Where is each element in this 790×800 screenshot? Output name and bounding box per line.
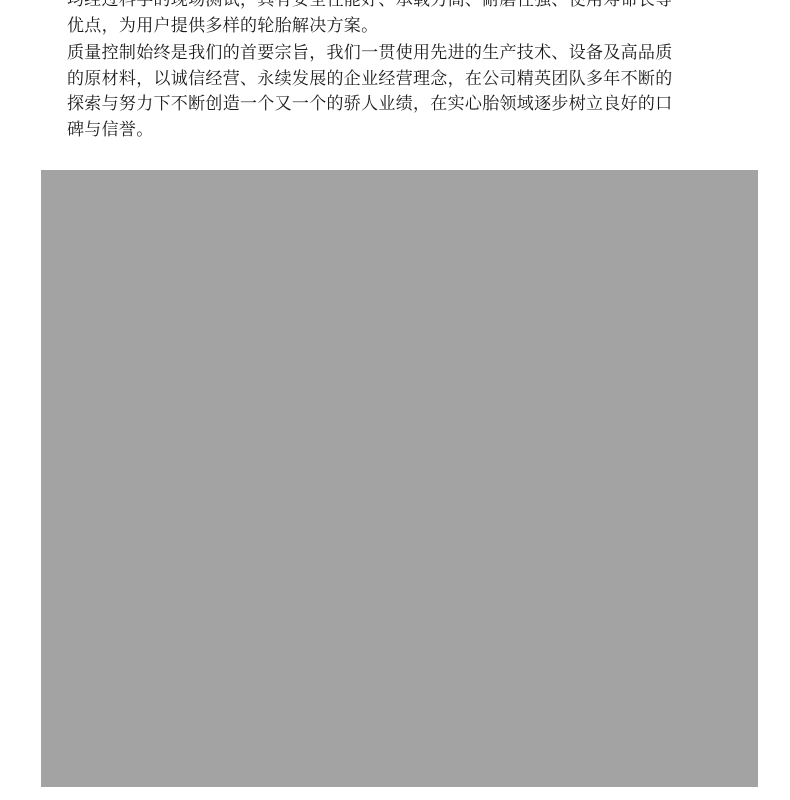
paragraph-line: 碑与信誉。: [67, 118, 727, 144]
paragraph-line: 均经过科学的现场测试，具有安全性能好、承载力高、耐磨性强、使用寿命长等: [67, 0, 727, 14]
intro-paragraph: 均经过科学的现场测试，具有安全性能好、承载力高、耐磨性强、使用寿命长等 优点，为…: [67, 0, 727, 39]
paragraph-line: 质量控制始终是我们的首要宗旨，我们一贯使用先进的生产技术、设备及高品质: [67, 41, 727, 67]
paragraph-line: 的原材料，以诚信经营、永续发展的企业经营理念，在公司精英团队多年不断的: [67, 67, 727, 93]
product-image-placeholder: [41, 170, 758, 787]
paragraph-line: 优点，为用户提供多样的轮胎解决方案。: [67, 14, 727, 40]
quality-paragraph: 质量控制始终是我们的首要宗旨，我们一贯使用先进的生产技术、设备及高品质 的原材料…: [67, 41, 727, 143]
paragraph-line: 探索与努力下不断创造一个又一个的骄人业绩，在实心胎领域逐步树立良好的口: [67, 92, 727, 118]
